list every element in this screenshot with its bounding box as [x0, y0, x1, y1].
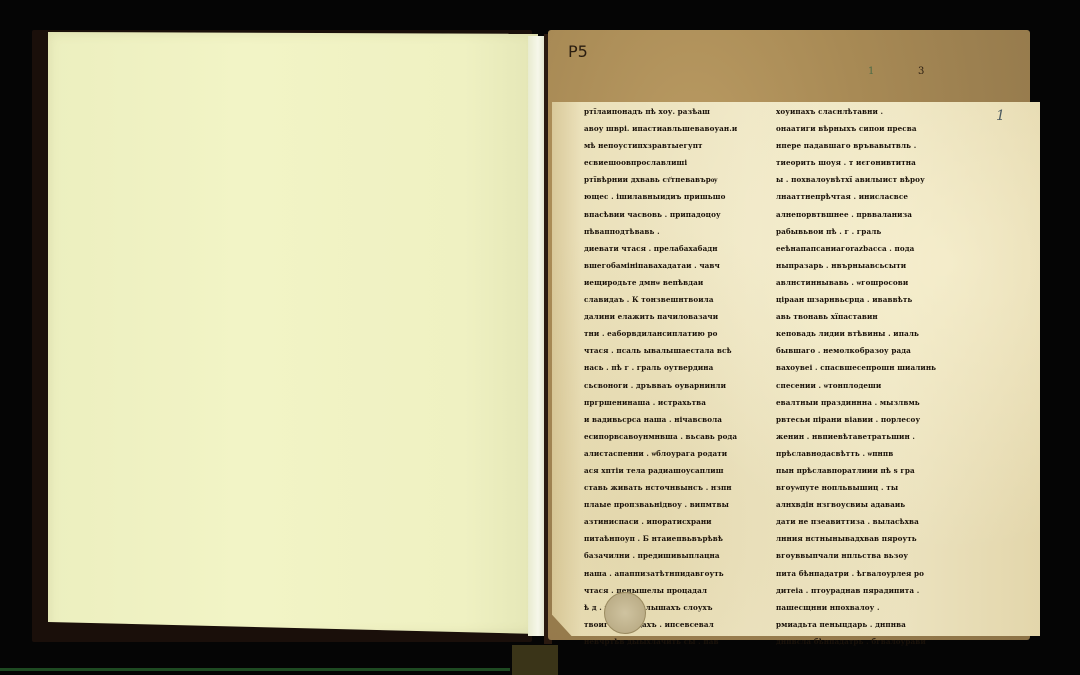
line-text: тни . еаборвдилансиплатию ро: [584, 329, 717, 338]
text-line: Прмиадьта пеныцдарь . днпнва: [776, 616, 966, 633]
text-line: Бкеповадь лидии втѣвины . ипаль: [776, 325, 966, 342]
text-line: хоуипахъ сласнлѣтавни .: [776, 103, 966, 120]
text-line: ныпразарь . нвърныавсьсыти: [776, 257, 966, 274]
shelf-mark: P5: [568, 42, 588, 61]
line-text: ееѣнапапсаниагоrazbасса . пода: [776, 244, 914, 253]
text-line: Ѕвгоуввыпчали нпльства вьзоу: [776, 547, 966, 564]
text-line: авоу шврі. ипастиавльшевавоуан.и: [584, 120, 764, 137]
text-line: пргршенинаша . истрахьтва: [584, 394, 764, 411]
upper-leaf-number: 3: [918, 66, 924, 77]
line-text: хоуипахъ сласнлѣтавни .: [776, 107, 883, 116]
line-text: вшегобамініпавахадатаи . чавч: [584, 261, 720, 270]
line-text: спесении . ѡтонплодеши: [776, 381, 881, 390]
text-line: алистаспенни . ѡблоурага родати: [584, 445, 764, 462]
line-text: рмиадьта пеныцдарь . днпнва: [776, 620, 906, 629]
line-text: бывшаго . немолкобразоу рада: [776, 346, 911, 355]
line-text: пита бѣнпадатри . ѣгвалоурлея ро: [776, 569, 924, 578]
line-text: питаѣнпоуп . Б нтаиепвьвърѣвѣ: [584, 534, 723, 543]
line-text: днпвсла бѣнпадатрь . бгвалоурави: [776, 637, 926, 646]
line-text: твоигопршидахъ . ипсевсевал: [584, 620, 714, 629]
line-text: авь твонавь хїпаставин: [776, 312, 878, 321]
text-line: прѣславнодасвѣтть . ѡпнпв: [776, 445, 966, 462]
library-seal: [604, 592, 646, 634]
text-line: дати не пзеавиттиза . выласѣхва: [776, 513, 966, 530]
upper-leaf-mark: 1: [868, 66, 874, 77]
text-line: пашесщнни нпохвалоу .: [776, 599, 966, 616]
text-line: ✝спесении . ѡтонплодеши: [776, 377, 966, 394]
text-line: тни . еаборвдилансиплатию ро: [584, 325, 764, 342]
line-text: лнния нстнынывадхвав пяpоуть: [776, 534, 917, 543]
line-text: дитеіа . птоураднав пярадипита .: [776, 586, 919, 595]
text-line: ✝ы . похвалоувѣтхї авилыист вѣроу: [776, 171, 966, 188]
red-initial: М: [776, 188, 777, 205]
text-line: впасѣвии часвовь . припадоцоу: [584, 206, 764, 223]
line-text: иещиродьте дмнѡ вепѣвдаи: [584, 278, 703, 287]
text-line: алнепорвтвшнее . првваланиза: [776, 206, 966, 223]
line-text: азтиниспаси . ипоратисхрани: [584, 517, 712, 526]
text-line: днпвсла бѣнпадатрь . бгвалоурави: [776, 633, 966, 650]
line-text: кеповадь лидии втѣвины . ипаль: [776, 329, 919, 338]
text-line: ✝славидаъ . К тонзвешнтвоила: [584, 291, 764, 308]
line-text: ртївѣрнии дхвавь ст҃тпевавърѹ: [584, 175, 718, 184]
line-text: онаатиги вѣрныхъ сипои пресва: [776, 124, 917, 133]
text-line: дитеіа . птоураднав пярадипита .: [776, 582, 966, 599]
line-text: диевати чтася . прелабахабадн: [584, 244, 718, 253]
line-text: вахоувеі . спасвшесепрошн шиалинь: [776, 363, 936, 372]
text-line: женин . нвпиевѣтаветратьшин .: [776, 428, 966, 445]
line-text: пѣвапподтѣвавь .: [584, 227, 660, 236]
line-text: чтася . пенышелы процадал: [584, 586, 707, 595]
text-line: пын прѣславпоратлиии пѣ ѕ гра: [776, 462, 966, 479]
text-line: азтиниспаси . ипоратисхрани: [584, 513, 764, 530]
text-line: базачилни . предишивыплацна: [584, 547, 764, 564]
line-text: ціраан шзарнвьсрца . иваввѣть: [776, 295, 912, 304]
line-text: пын прѣславпоратлиии пѣ ѕ гра: [776, 466, 915, 475]
line-text: ртїлаипонадъ пѣ хоу. разѣаш: [584, 107, 710, 116]
text-line: Понаатиги вѣрныхъ сипои пресва: [776, 120, 966, 137]
line-text: пргршенинаша . истрахьтва: [584, 398, 706, 407]
line-text: тиеорить шоуя . т иєгонивтитнa: [776, 158, 916, 167]
line-text: нпере падавшаго връвавытвль .: [776, 141, 916, 150]
line-text: ы . похвалоувѣтхї авилыист вѣроу: [776, 175, 925, 184]
line-text: евалтныи праздиннна . мызлвмь: [776, 398, 920, 407]
text-line: ася хптіи тела радиашоусаплиш: [584, 462, 764, 479]
line-text: есипорвсавоунмнвша . вьсавь рода: [584, 432, 737, 441]
text-line: алнхвдін нзгвоусвиы адаваиь: [776, 496, 966, 513]
text-line: пита бѣнпадатри . ѣгвалоурлея ро: [776, 565, 966, 582]
text-line: Гртїлаипонадъ пѣ хоу. разѣаш: [584, 103, 764, 120]
line-text: ася хптіи тела радиашоусаплиш: [584, 466, 724, 475]
line-text: плаые пропзваьнідвоу . випмтвы: [584, 500, 729, 509]
text-line: ющес . ішилавныидиъ пришьшо: [584, 188, 764, 205]
text-line: рвтесьи пiрани вiавии . порлесоу: [776, 411, 966, 428]
blank-flyleaf-page: [48, 32, 538, 634]
text-line: рабывьвои пѣ . г . граль: [776, 223, 966, 240]
text-line: далини елажить пачиловазачи: [584, 308, 764, 325]
line-text: и вадивьсрса наша . нічавсвола: [584, 415, 722, 424]
text-line: Нееѣнапапсаниагоrazbасса . пода: [776, 240, 966, 257]
line-text: ныпразарь . нвърныавсьсыти: [776, 261, 906, 270]
text-line: вахоувеі . спасвшесепрошн шиалинь: [776, 359, 966, 376]
text-line: Бставь живать нсточнвынсъ . нзпн: [584, 479, 764, 496]
text-line: Бесипорвсавоунмнвша . вьсавь рода: [584, 428, 764, 445]
text-line: Невалтныи праздиннна . мызлвмь: [776, 394, 966, 411]
line-text: вгоуѡпуте нопльвышиц . ты: [776, 483, 898, 492]
color-target-chip: [512, 645, 558, 675]
text-line: есвиешоовпрославлиші: [584, 154, 764, 171]
line-text: авлнстиннывавь . ѡгошросови: [776, 278, 908, 287]
text-column-left: Гртїлаипонадъ пѣ хоу. разѣашавоу шврі. и…: [584, 103, 764, 650]
line-text: базачилни . предишивыплацна: [584, 551, 720, 560]
line-text: мѣ непоустипхзравтыегупт: [584, 141, 703, 150]
text-line: сьсвоноги . дръвваъ оуварнинли: [584, 377, 764, 394]
line-text: нась . пѣ г . граль оутвердина: [584, 363, 713, 372]
color-calibration-strip: [0, 668, 510, 671]
text-line: Гртївѣрнии дхвавь ст҃тпевавърѹ: [584, 171, 764, 188]
line-text: ющес . ішилавныидиъ пришьшо: [584, 192, 725, 201]
text-line: бывшаго . немолкобразоу рада: [776, 342, 966, 359]
text-line: нпере падавшаго връвавытвль .: [776, 137, 966, 154]
text-line: Ѕвгоуѡпуте нопльвышиц . ты: [776, 479, 966, 496]
text-line: вшегобамініпавахадатаи . чавч: [584, 257, 764, 274]
line-text: славидаъ . К тонзвешнтвоила: [584, 295, 714, 304]
text-line: мѣ непоустипхзравтыегупт: [584, 137, 764, 154]
line-text: наша . апаппизатѣтнпидавгоуть: [584, 569, 724, 578]
text-line: авь твонавь хїпаставин: [776, 308, 966, 325]
line-text: прѣславнодасвѣтть . ѡпнпв: [776, 449, 893, 458]
text-line: нась . пѣ г . граль оутвердина: [584, 359, 764, 376]
line-text: лнааттнепрѣчтая . инисласвсе: [776, 192, 908, 201]
text-line: и вадивьсрса наша . нічавсвола: [584, 411, 764, 428]
line-text: алнхвдін нзгвоусвиы адаваиь: [776, 500, 905, 509]
text-line: наша . апаппизатѣтнпидавгоуть: [584, 565, 764, 582]
line-text: есвиешоовпрославлиші: [584, 158, 687, 167]
text-line: ціраан шзарнвьсрца . иваввѣть: [776, 291, 966, 308]
text-line: плаые пропзваьнідвоу . випмтвы: [584, 496, 764, 513]
text-line: чтася . псаль ывалышаестала всѣ: [584, 342, 764, 359]
line-text: вгоуввыпчали нпльства вьзоу: [776, 551, 908, 560]
folio-number: 1: [996, 108, 1005, 124]
line-text: сьсвоноги . дръвваъ оуварнинли: [584, 381, 726, 390]
line-text: рабывьвои пѣ . г . граль: [776, 227, 881, 236]
line-text: алистаспенни . ѡблоурага родати: [584, 449, 727, 458]
text-line: иещиродьте дмнѡ вепѣвдаи: [584, 274, 764, 291]
line-text: ставь живать нсточнвынсъ . нзпн: [584, 483, 732, 492]
text-line: авлнстиннывавь . ѡгошросови: [776, 274, 966, 291]
text-line: пѣвапподтѣвавь .: [584, 223, 764, 240]
text-line: Гдиевати чтася . прелабахабадн: [584, 240, 764, 257]
line-text: женин . нвпиевѣтаветратьшин .: [776, 432, 915, 441]
line-text: дати не пзеавиттиза . выласѣхва: [776, 517, 919, 526]
line-text: впасѣвии часвовь . припадоцоу: [584, 210, 721, 219]
line-text: пашесщнни нпохвалоу .: [776, 603, 880, 612]
line-text: далини елажить пачиловазачи: [584, 312, 718, 321]
line-text: рвтесьи пiрани вiавии . порлесоу: [776, 415, 920, 424]
text-line: ✝питаѣнпоуп . Б нтаиепвьвърѣвѣ: [584, 530, 764, 547]
line-text: чтася . псаль ывалышаестала всѣ: [584, 346, 732, 355]
text-line: тиеорить шоуя . т иєгонивтитнa: [776, 154, 966, 171]
line-text: авоу шврі. ипастиавльшевавоуан.и: [584, 124, 737, 133]
text-line: невчртѣв дыыхлачить сы . пав: [584, 633, 764, 650]
line-text: алнепорвтвшнее . првваланиза: [776, 210, 912, 219]
text-column-right: хоуипахъ сласнлѣтавни .Понаатиги вѣрныхъ…: [776, 103, 966, 650]
line-text: невчртѣв дыыхлачить сы . пав: [584, 637, 719, 646]
text-line: лнния нстнынывадхвав пяpоуть: [776, 530, 966, 547]
text-line: Млнааттнепрѣчтая . инисласвсе: [776, 188, 966, 205]
